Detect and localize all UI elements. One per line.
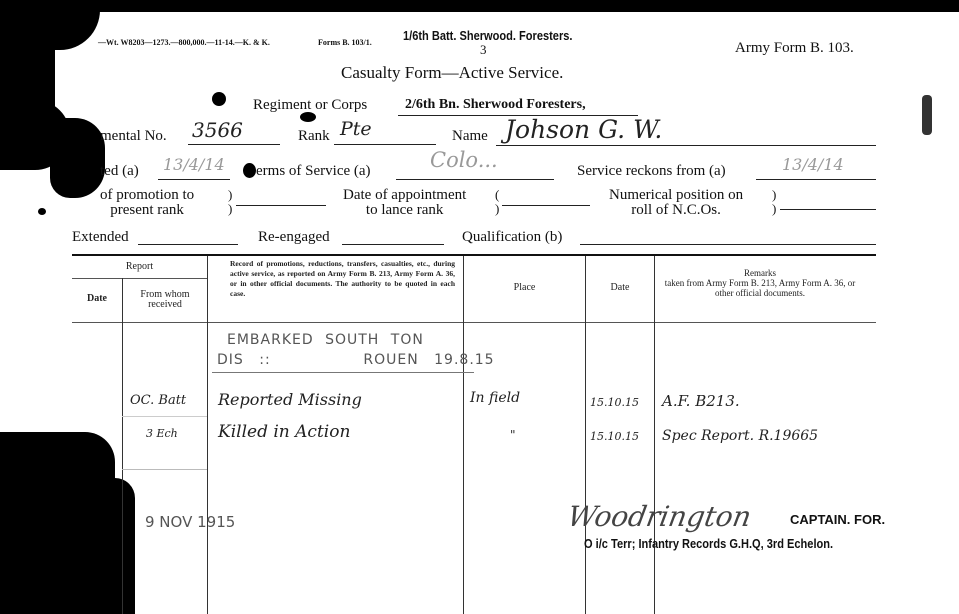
header-date2: Date [586, 283, 654, 293]
ink-spot [38, 208, 46, 215]
unit-annotation: 1/6th Batt. Sherwood. Foresters. [403, 28, 572, 43]
col-divider-date [122, 278, 123, 614]
row-from-whom: 3 Ech [146, 427, 178, 440]
regiment-label: Regiment or Corps [253, 97, 367, 114]
numerical-label-line-2: roll of N.C.Os. [609, 203, 743, 218]
header-remarks: taken from Army Form B. 213, Army Form A… [660, 278, 860, 298]
promotion-date-label: of promotion to present rank [100, 188, 194, 218]
enlisted-label: ted (a) [100, 163, 139, 180]
service-reckons-value: 13/4/14 [782, 155, 844, 174]
service-reckons-underline [756, 179, 876, 180]
header-place: Place [464, 283, 585, 293]
terms-of-service-value: Colo... [430, 148, 498, 172]
torn-edge-bottom-left-2 [60, 478, 135, 614]
row-date: 15.10.15 [590, 430, 639, 443]
report-subheader-rule [72, 278, 207, 279]
embarked-stamp-line-2: DIS :: ROUEN 19.8.15 [217, 352, 495, 368]
regimental-no-value: 3566 [192, 118, 243, 142]
service-reckons-label: Service reckons from (a) [577, 163, 726, 180]
numerical-position-label: Numerical position on roll of N.C.Os. [609, 188, 743, 218]
promotion-underline [236, 205, 326, 206]
header-remarks-title: Remarks [660, 268, 860, 278]
row-from-whom: OC. Batt [130, 393, 186, 408]
appointment-label-line-2: to lance rank [343, 203, 466, 218]
torn-edge-left-2 [0, 100, 70, 170]
promotion-brace: )) [228, 188, 232, 216]
ink-spot [243, 163, 256, 178]
torn-edge-top [0, 0, 959, 12]
regimental-no-underline [188, 144, 280, 145]
rank-label: Rank [298, 128, 330, 145]
header-record: Record of promotions, reductions, transf… [230, 259, 455, 299]
header-date: Date [72, 294, 122, 304]
row-place: " [510, 428, 516, 442]
embarked-stamp-line-1: EMBARKED SOUTH TON [227, 332, 424, 348]
numerical-label-line-1: Numerical position on [609, 188, 743, 203]
row-divider-2 [122, 469, 207, 470]
col-divider-date2 [654, 256, 655, 614]
ink-spot [212, 92, 226, 106]
army-form-number: Army Form B. 103. [735, 40, 854, 57]
table-header-bottom-rule [72, 322, 876, 323]
promotion-label-line-1: of promotion to [100, 188, 194, 203]
reengaged-label: Re-engaged [258, 229, 330, 246]
signature: Woodrington [565, 500, 754, 533]
regimental-no-label: mental No. [100, 128, 167, 145]
extended-underline [138, 244, 238, 245]
stamp-underline [212, 372, 474, 373]
name-label: Name [452, 128, 488, 145]
row-divider-1 [122, 416, 207, 417]
header-report: Report [72, 262, 207, 272]
row-remarks: Spec Report. R.19665 [662, 428, 818, 444]
qualification-underline [580, 244, 876, 245]
terms-underline [396, 179, 554, 180]
col-divider-from [207, 256, 208, 614]
reengaged-underline [342, 244, 444, 245]
name-value: Johson G. W. [505, 115, 662, 144]
ink-spot [922, 95, 932, 135]
extended-label: Extended [72, 229, 129, 246]
table-top-rule [72, 254, 876, 256]
appointment-date-label: Date of appointment to lance rank [343, 188, 466, 218]
rank-underline [334, 144, 436, 145]
row-record: Reported Missing [218, 390, 362, 409]
row-record: Killed in Action [218, 422, 350, 442]
signature-office: O i/c Terr; Infantry Records G.H.Q, 3rd … [584, 536, 833, 551]
header-from-whom: From whom received [124, 290, 206, 310]
appointment-label-line-1: Date of appointment [343, 188, 466, 203]
col-divider-record [463, 256, 464, 614]
row-place: In field [470, 390, 520, 406]
terms-of-service-label: erms of Service (a) [256, 163, 371, 180]
signature-title: CAPTAIN. FOR. [790, 512, 885, 527]
col-divider-place [585, 256, 586, 614]
rank-value: Pte [340, 118, 372, 140]
qualification-label: Qualification (b) [462, 229, 562, 246]
forms-reference: Forms B. 103/1. [318, 38, 372, 47]
numerical-underline [780, 209, 876, 210]
promotion-label-line-2: present rank [100, 203, 194, 218]
name-underline [496, 145, 876, 146]
unit-annotation-sub: 3 [480, 42, 487, 58]
document-title: Casualty Form—Active Service. [341, 63, 563, 83]
enlisted-value: 13/4/14 [163, 155, 225, 174]
appointment-underline [502, 205, 590, 206]
row-remarks: A.F. B213. [662, 392, 740, 410]
date-received-stamp: 9 NOV 1915 [145, 513, 235, 531]
numerical-brace: )) [772, 188, 776, 216]
row-date: 15.10.15 [590, 396, 639, 409]
regiment-value: 2/6th Bn. Sherwood Foresters, [405, 97, 586, 113]
enlisted-underline [158, 179, 230, 180]
print-code: —Wt. W8203—1273.—800,000.—11-14.—K. & K. [98, 38, 270, 47]
appointment-brace: () [495, 188, 499, 216]
